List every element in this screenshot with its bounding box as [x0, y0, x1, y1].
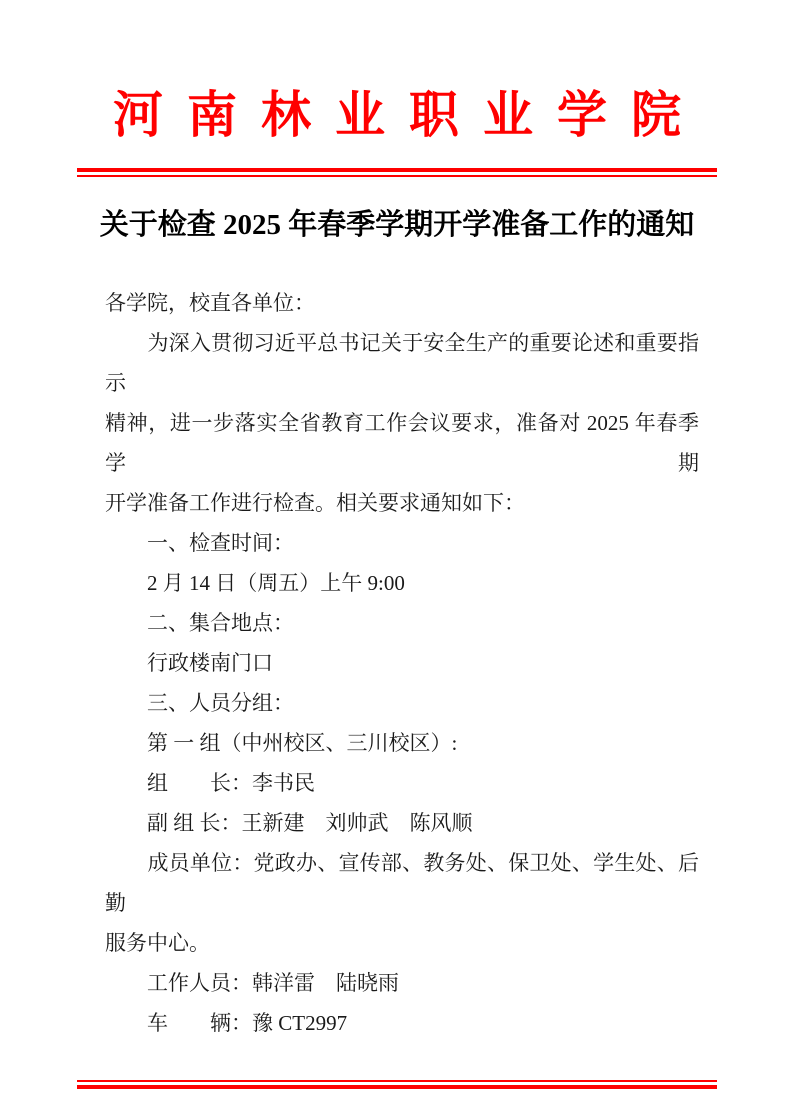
body-line: 服务中心。 [105, 923, 699, 963]
body-line: 车 辆：豫 CT2997 [105, 1003, 699, 1043]
body-line: 副 组 长：王新建 刘帅武 陈风顺 [105, 803, 699, 843]
body-line: 二、集合地点： [105, 603, 699, 643]
letterhead-divider-top [77, 168, 717, 177]
body-line: 一、检查时间： [105, 523, 699, 563]
body-line: 开学准备工作进行检查。相关要求通知如下： [105, 483, 699, 523]
body-line: 工作人员：韩洋雷 陆晓雨 [105, 963, 699, 1003]
notice-title: 关于检查 2025 年春季学期开学准备工作的通知 [0, 205, 794, 245]
body-line: 三、人员分组： [105, 683, 699, 723]
body-line: 组 长：李书民 [105, 763, 699, 803]
divider-thick-line [77, 1085, 717, 1089]
body-line: 第 一 组（中州校区、三川校区）: [105, 723, 699, 763]
letterhead-institution-name: 河南林业职业学院 [0, 0, 794, 140]
divider-thin-line [77, 175, 717, 177]
body-line: 行政楼南门口 [105, 643, 699, 683]
document-page: 河南林业职业学院 关于检查 2025 年春季学期开学准备工作的通知 各学院，校直… [0, 0, 794, 1108]
body-line: 精神，进一步落实全省教育工作会议要求，准备对 2025 年春季学期 [105, 403, 699, 483]
body-line: 为深入贯彻习近平总书记关于安全生产的重要论述和重要指示 [105, 323, 699, 403]
body-line: 成员单位：党政办、宣传部、教务处、保卫处、学生处、后勤 [105, 843, 699, 923]
body-line: 2 月 14 日（周五）上午 9:00 [105, 563, 699, 603]
footer-divider-bottom [77, 1080, 717, 1089]
body-line: 各学院，校直各单位： [105, 283, 699, 323]
notice-body: 各学院，校直各单位： 为深入贯彻习近平总书记关于安全生产的重要论述和重要指示精神… [105, 283, 699, 1043]
